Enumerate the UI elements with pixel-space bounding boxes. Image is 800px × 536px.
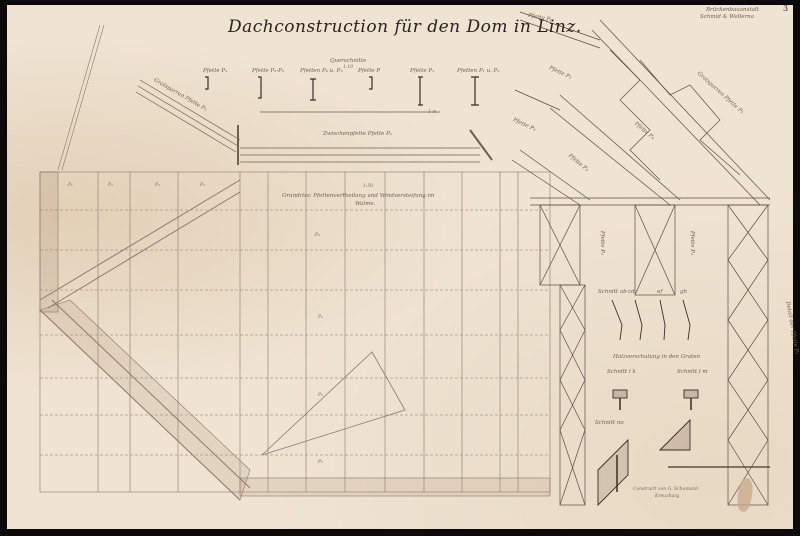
section-ik-label: Schnitt i k <box>607 369 636 375</box>
scale-bar-label: 1 m <box>428 110 437 115</box>
signature-line2: Kreuzburg <box>655 494 679 499</box>
grid-mark: P₁ <box>68 183 73 188</box>
detail-section-ef: ef <box>657 289 662 295</box>
cross-sections-heading: Querschnitte <box>330 58 366 64</box>
detail-heading: Holzverschalung in den Graten <box>613 354 700 360</box>
grid-mark: P₂ <box>108 183 113 188</box>
firm-stamp-line1: Brückenbauanstalt <box>706 7 759 13</box>
section-no-label: Schnitt no <box>595 420 624 426</box>
cross-sections-scale: 1:10 <box>343 65 353 70</box>
ridge-beam-label: Zwischenpfette Pfette P₁ <box>323 131 392 137</box>
grid-mark: P₄ <box>318 315 323 320</box>
grid-mark: P₅ <box>318 393 323 398</box>
truss-label-7: Pfette P₂ <box>599 231 605 255</box>
section-label-5: Pfette P₁ <box>410 68 434 74</box>
plan-heading-line1: Grundriss: Pfettenvertheilung und Windve… <box>282 193 434 199</box>
plan-heading-scale: 1:50 <box>363 184 373 189</box>
detail-section-cd: cd <box>628 289 635 295</box>
detail-section-ab: Schnitt ab <box>598 289 627 295</box>
signature-line1: Construirt von G. Schumann <box>633 487 698 492</box>
drawing-title: Dachconstruction für den Dom in Linz. <box>228 17 582 37</box>
technical-drawing <box>0 0 800 536</box>
section-lm-label: Schnitt l m <box>677 369 708 375</box>
section-label-2: Pfette P₂-P₃ <box>252 68 284 74</box>
section-label-6: Pfetten P₁ u. P₂ <box>457 68 500 74</box>
firm-stamp-line2: Schmid & Wellerna <box>700 14 754 20</box>
grid-mark: P₃ <box>200 183 205 188</box>
section-label-4: Pfette P <box>358 68 380 74</box>
plan-heading-line2: Walme. <box>355 201 375 207</box>
grid-mark: P₄ <box>315 233 320 238</box>
plan-frame <box>40 172 550 492</box>
grid-mark: P₃ <box>155 183 160 188</box>
grid-mark: P₆ <box>318 460 323 465</box>
section-label-3: Pfetten P₄ u. P₅ <box>300 68 343 74</box>
truss-label-8: Pfette P₃ <box>689 231 695 255</box>
sheet-number: 3 <box>783 4 788 13</box>
section-label-1: Pfette P₁ <box>203 68 227 74</box>
detail-section-gh: gh <box>680 289 687 295</box>
